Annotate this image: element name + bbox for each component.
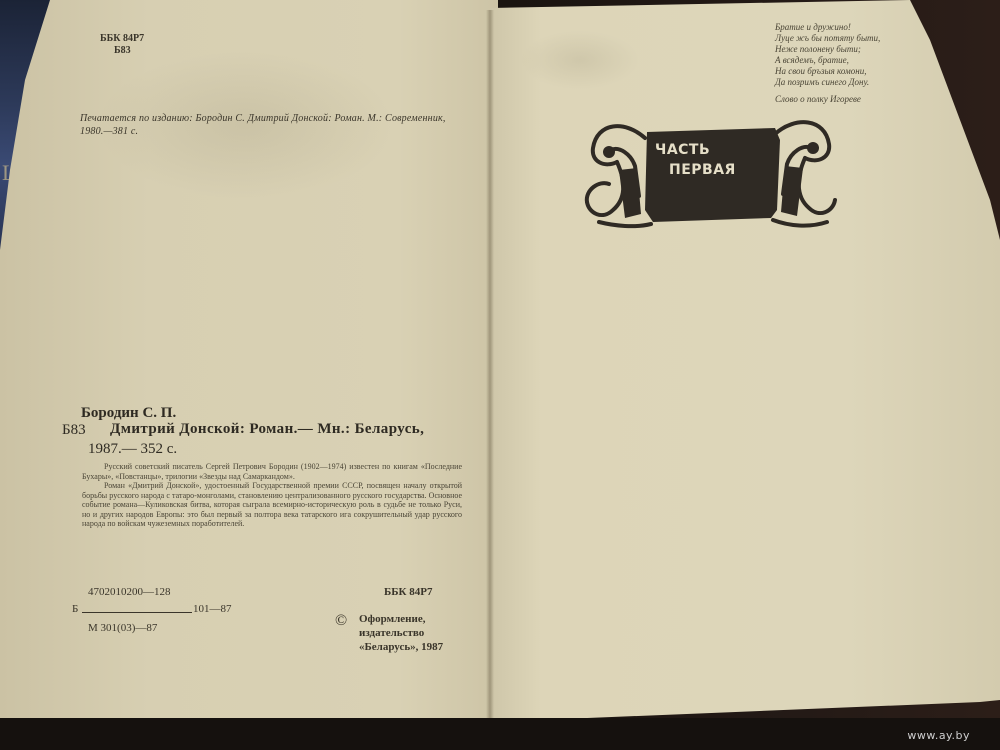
copyright-line: издательство xyxy=(359,626,443,640)
catalog-index: Б83 xyxy=(62,422,86,439)
epigraph: Братие и дружино! Луце жъ бы потяту быти… xyxy=(775,22,880,105)
catalog-author: Бородин С. П. xyxy=(81,405,176,422)
isbn-suffix: 101—87 xyxy=(193,603,232,615)
catalog-annotation: Русский советский писатель Сергей Петров… xyxy=(82,462,462,529)
bbk-classification-top: ББК 84Р7 Б83 xyxy=(100,33,144,57)
catalog-title-line: Дмитрий Донской: Роман.— Мн.: Беларусь, xyxy=(110,421,424,438)
copyright-line: Оформление, xyxy=(359,612,443,626)
reprint-note: Печатается по изданию: Бородин С. Дмитри… xyxy=(80,112,460,138)
epigraph-source: Слово о полку Игореве xyxy=(775,94,880,105)
epigraph-line: Луце жъ бы потяту быти, xyxy=(775,33,880,44)
bbk-classification-bottom: ББК 84Р7 xyxy=(384,586,433,598)
isbn-prefix: Б xyxy=(72,603,78,615)
isbn-fraction-line xyxy=(82,612,192,613)
copyright-notice: Оформление, издательство «Беларусь», 198… xyxy=(359,612,443,654)
annotation-paragraph: Роман «Дмитрий Донской», удостоенный Гос… xyxy=(82,481,462,529)
epigraph-line: Братие и дружино! xyxy=(775,22,880,33)
show-through-illustration-right xyxy=(520,30,640,90)
isbn-numerator: 4702010200—128 xyxy=(88,586,171,598)
book-gutter xyxy=(486,10,494,725)
watermark: www.ay.by xyxy=(907,729,970,742)
isbn-denominator: М 301(03)—87 xyxy=(88,622,157,634)
epigraph-line: Да позримъ синего Дону. xyxy=(775,77,880,88)
copyright-line: «Беларусь», 1987 xyxy=(359,640,443,654)
bbk-code: ББК 84Р7 xyxy=(100,33,144,45)
epigraph-line: На свои бръзыя комони, xyxy=(775,66,880,77)
bottom-shadow xyxy=(0,718,1000,750)
catalog-year-pages: 1987.— 352 с. xyxy=(88,441,177,458)
epigraph-line: Неже полонену быти; xyxy=(775,44,880,55)
index-code: Б83 xyxy=(114,45,144,57)
part-title-line2: ПЕРВАЯ xyxy=(669,160,736,180)
epigraph-line: А всядемъ, братие, xyxy=(775,55,880,66)
copyright-icon: © xyxy=(335,612,347,630)
annotation-paragraph: Русский советский писатель Сергей Петров… xyxy=(82,462,462,481)
part-title-line1: ЧАСТЬ xyxy=(655,140,736,160)
part-title: ЧАСТЬ ПЕРВАЯ xyxy=(655,140,736,180)
